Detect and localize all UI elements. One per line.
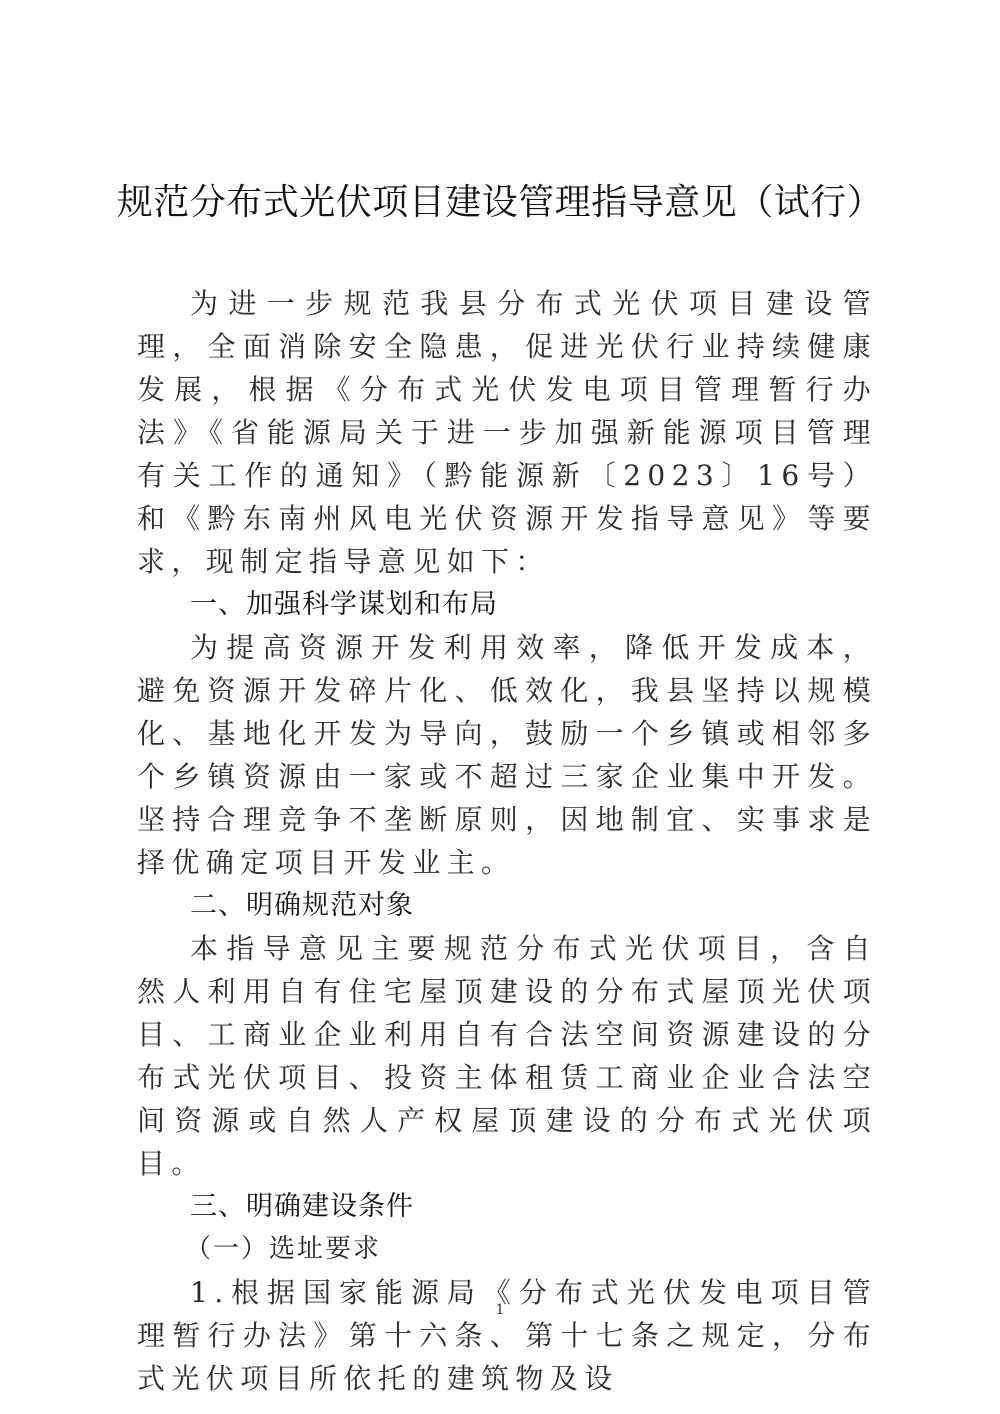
page-number: 1 [0, 1302, 1000, 1318]
document-page: 规范分布式光伏项目建设管理指导意见（试行） 为进一步规范我县分布式光伏项目建设管… [0, 0, 1000, 1414]
section-heading-3: 三、明确建设条件 [137, 1185, 877, 1228]
paragraph-section-3-1-item-1: 1.根据国家能源局《分布式光伏发电项目管理暂行办法》第十六条、第十七条之规定，分… [137, 1271, 877, 1400]
subsection-heading-3-1: （一）选址要求 [137, 1228, 877, 1271]
section-heading-2: 二、明确规范对象 [137, 884, 877, 927]
paragraph-intro: 为进一步规范我县分布式光伏项目建设管理，全面消除安全隐患，促进光伏行业持续健康发… [137, 282, 877, 583]
document-body: 为进一步规范我县分布式光伏项目建设管理，全面消除安全隐患，促进光伏行业持续健康发… [137, 282, 877, 1400]
section-heading-1: 一、加强科学谋划和布局 [137, 583, 877, 626]
document-title: 规范分布式光伏项目建设管理指导意见（试行） [0, 178, 1000, 228]
paragraph-section-2: 本指导意见主要规范分布式光伏项目，含自然人利用自有住宅屋顶建设的分布式屋顶光伏项… [137, 927, 877, 1185]
paragraph-section-1: 为提高资源开发利用效率，降低开发成本，避免资源开发碎片化、低效化，我县坚持以规模… [137, 626, 877, 884]
